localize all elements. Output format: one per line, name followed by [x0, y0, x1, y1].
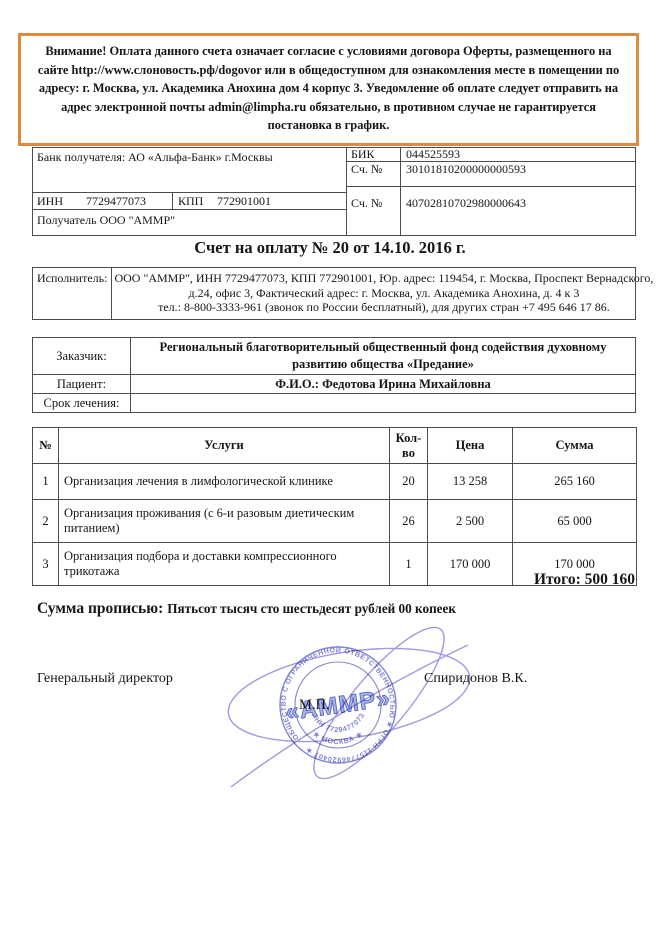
company-stamp-icon: ОБЩЕСТВО С ОГРАНИЧЕННОЙ ОТВЕТСТВЕННОСТЬЮ… — [276, 643, 400, 767]
col-header-price: Цена — [428, 428, 513, 464]
customer-row: Заказчик: Региональный благотворительный… — [33, 338, 635, 375]
inn-kpp-row: ИНН 7729477073 КПП 772901001 — [33, 193, 346, 210]
services-header-row: № Услуги Кол-во Цена Сумма — [33, 428, 637, 464]
executor-details-line3: тел.: 8-800-3333-961 (звонок по России б… — [114, 300, 653, 315]
payment-account-value: 40702810702980000643 — [401, 187, 635, 235]
corr-account-label: Сч. № — [347, 162, 401, 186]
row-service: Организация подбора и доставки компресси… — [59, 543, 390, 586]
corr-account-row: Сч. № 30101810200000000593 — [347, 162, 635, 187]
stamp-outer-text: ОБЩЕСТВО С ОГРАНИЧЕННОЙ ОТВЕТСТВЕННОСТЬЮ… — [281, 645, 396, 762]
bank-requisites-table: Банк получателя: АО «Альфа-Банк» г.Москв… — [32, 147, 636, 236]
customer-table: Заказчик: Региональный благотворительный… — [32, 337, 636, 413]
row-sum: 265 160 — [513, 464, 637, 500]
amount-words-value: Пятьсот тысяч сто шестьдесят рублей 00 к… — [167, 601, 456, 616]
bik-value: 044525593 — [401, 148, 635, 161]
executor-table: Исполнитель: ООО "АММР", ИНН 7729477073,… — [32, 267, 636, 320]
svg-text:★ МОСКВА ★: ★ МОСКВА ★ — [311, 728, 365, 746]
col-header-sum: Сумма — [513, 428, 637, 464]
row-price: 13 258 — [428, 464, 513, 500]
offer-warning-text: Внимание! Оплата данного счета означает … — [38, 44, 619, 132]
patient-label: Пациент: — [33, 375, 131, 393]
col-header-num: № — [33, 428, 59, 464]
row-num: 3 — [33, 543, 59, 586]
stamp-place-mark: М.П. — [299, 697, 330, 714]
row-service: Организация проживания (с 6-и разовым ди… — [59, 500, 390, 543]
signature-icon — [213, 610, 485, 795]
payment-account-row: Сч. № 40702810702980000643 — [347, 187, 635, 235]
executor-details-line1: ООО "АММР", ИНН 7729477073, КПП 77290100… — [114, 271, 653, 286]
total-label: Итого: — [534, 571, 581, 588]
svg-text:ОБЩЕСТВО С ОГРАНИЧЕННОЙ ОТВЕТС: ОБЩЕСТВО С ОГРАНИЧЕННОЙ ОТВЕТСТВЕННОСТЬЮ… — [281, 645, 396, 762]
row-qty: 20 — [390, 464, 428, 500]
kpp-value: 772901001 — [217, 194, 271, 209]
row-qty: 26 — [390, 500, 428, 543]
inn-cell: ИНН 7729477073 — [33, 193, 173, 209]
row-service: Организация лечения в лимфологической кл… — [59, 464, 390, 500]
corr-account-value: 30101810200000000593 — [401, 162, 635, 186]
stamp-inn-text: ИНН 7729477073 — [309, 711, 366, 734]
total-value: 500 160 — [585, 571, 635, 588]
executor-details-line2: д.24, офис 3, Фактический адрес: г. Моск… — [114, 286, 653, 301]
row-sum: 65 000 — [513, 500, 637, 543]
patient-value: Ф.И.О.: Федотова Ирина Михайловна — [131, 375, 635, 393]
patient-row: Пациент: Ф.И.О.: Федотова Ирина Михайлов… — [33, 375, 635, 394]
inn-value: 7729477073 — [86, 194, 146, 209]
executor-label: Исполнитель: — [33, 268, 112, 319]
stamp-city-text: ★ МОСКВА ★ — [311, 728, 365, 746]
kpp-cell: КПП 772901001 — [173, 193, 346, 209]
customer-value: Региональный благотворительный обществен… — [131, 338, 635, 374]
bik-row: БИК 044525593 — [347, 148, 635, 162]
director-title: Генеральный директор — [37, 671, 173, 687]
treatment-period-label: Срок лечения: — [33, 394, 131, 412]
treatment-period-row: Срок лечения: — [33, 394, 635, 412]
offer-warning-box: Внимание! Оплата данного счета означает … — [18, 33, 639, 146]
services-table: № Услуги Кол-во Цена Сумма 1 Организация… — [32, 427, 637, 586]
svg-text:ИНН 7729477073: ИНН 7729477073 — [309, 711, 366, 734]
amount-in-words: Сумма прописью: Пятьсот тысяч сто шестьд… — [37, 600, 456, 618]
table-row: 1 Организация лечения в лимфологической … — [33, 464, 637, 500]
table-row: 2 Организация проживания (с 6-и разовым … — [33, 500, 637, 543]
row-price: 2 500 — [428, 500, 513, 543]
recipient-cell: Получатель ООО "АММР" — [33, 210, 346, 235]
bik-label: БИК — [347, 148, 401, 161]
treatment-period-value — [131, 394, 635, 412]
inn-label: ИНН — [37, 194, 86, 209]
executor-details: ООО "АММР", ИНН 7729477073, КПП 77290100… — [112, 268, 655, 319]
row-num: 2 — [33, 500, 59, 543]
customer-label: Заказчик: — [33, 338, 131, 374]
total-line: Итого: 500 160 — [534, 571, 635, 589]
row-num: 1 — [33, 464, 59, 500]
col-header-qty: Кол-во — [390, 428, 428, 464]
row-price: 170 000 — [428, 543, 513, 586]
kpp-label: КПП — [178, 194, 217, 209]
invoice-title: Счет на оплату № 20 от 14.10. 2016 г. — [0, 238, 660, 258]
row-qty: 1 — [390, 543, 428, 586]
bank-right-block: БИК 044525593 Сч. № 30101810200000000593… — [347, 148, 635, 235]
director-name: Спиридонов В.К. — [424, 671, 527, 687]
col-header-service: Услуги — [59, 428, 390, 464]
amount-words-label: Сумма прописью: — [37, 600, 163, 617]
payment-account-label: Сч. № — [347, 187, 401, 235]
recipient-bank-cell: Банк получателя: АО «Альфа-Банк» г.Москв… — [33, 148, 346, 193]
bank-left-block: Банк получателя: АО «Альфа-Банк» г.Москв… — [33, 148, 347, 235]
